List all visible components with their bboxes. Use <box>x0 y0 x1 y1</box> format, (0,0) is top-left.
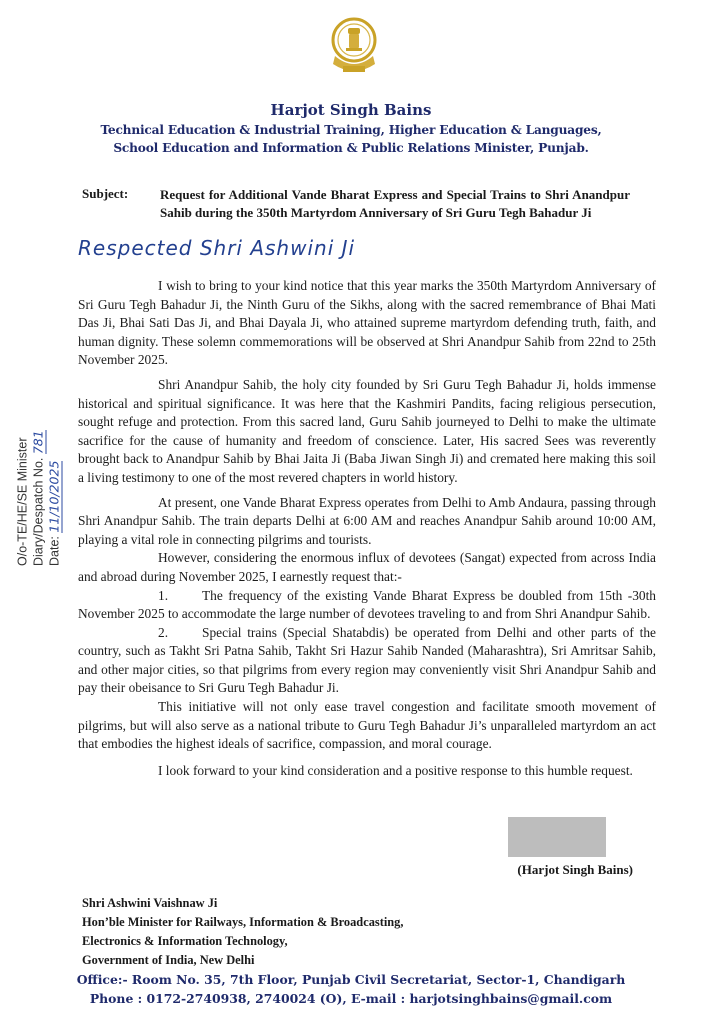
stamp-diary-number: 781 <box>31 430 47 454</box>
government-emblem <box>331 12 377 84</box>
request-number: 2. <box>158 624 202 643</box>
handwritten-salutation: Respected Shri Ashwini Ji <box>78 236 355 260</box>
addressee-designation-2: Electronics & Information Technology, <box>82 932 403 951</box>
subject-label: Subject: <box>82 186 128 202</box>
subject-text: Request for Additional Vande Bharat Expr… <box>160 186 630 222</box>
request-item: 2.Special trains (Special Shatabdis) be … <box>78 624 656 698</box>
portfolio-line-1: Technical Education & Industrial Trainin… <box>0 123 702 137</box>
request-number: 1. <box>158 587 202 606</box>
body-paragraph: Shri Anandpur Sahib, the holy city found… <box>78 376 656 488</box>
body-paragraph: I wish to bring to your kind notice that… <box>78 277 656 370</box>
footer-office-address: Office:- Room No. 35, 7th Floor, Punjab … <box>0 972 702 987</box>
redacted-signature <box>508 817 606 857</box>
stamp-date: 11/10/2025 <box>47 461 63 533</box>
letter-body: I wish to bring to your kind notice that… <box>78 277 656 780</box>
footer-contact: Phone : 0172-2740938, 2740024 (O), E-mai… <box>0 991 702 1006</box>
signatory-name: (Harjot Singh Bains) <box>0 862 633 878</box>
addressee-name: Shri Ashwini Vaishnaw Ji <box>82 894 403 913</box>
closing-paragraph: I look forward to your kind consideratio… <box>78 762 656 781</box>
body-paragraph: However, considering the enormous influx… <box>78 549 656 586</box>
stamp-diary-label: Diary/Despatch No. <box>32 458 46 566</box>
stamp-date-label: Date: <box>48 536 62 566</box>
body-paragraph: At present, one Vande Bharat Express ope… <box>78 494 656 550</box>
portfolio-line-2: School Education and Information & Publi… <box>0 141 702 155</box>
diary-stamp: O/o-TE/HE/SE Minister Diary/Despatch No.… <box>8 385 70 565</box>
closing-paragraph: This initiative will not only ease trave… <box>78 698 656 754</box>
addressee-location: Government of India, New Delhi <box>82 951 403 970</box>
addressee-designation: Hon’ble Minister for Railways, Informati… <box>82 913 403 932</box>
request-item: 1.The frequency of the existing Vande Bh… <box>78 587 656 624</box>
emblem-icon <box>331 12 377 84</box>
addressee-block: Shri Ashwini Vaishnaw Ji Hon’ble Ministe… <box>82 894 403 970</box>
stamp-office: O/o-TE/HE/SE Minister <box>16 384 31 566</box>
minister-name: Harjot Singh Bains <box>0 101 702 119</box>
